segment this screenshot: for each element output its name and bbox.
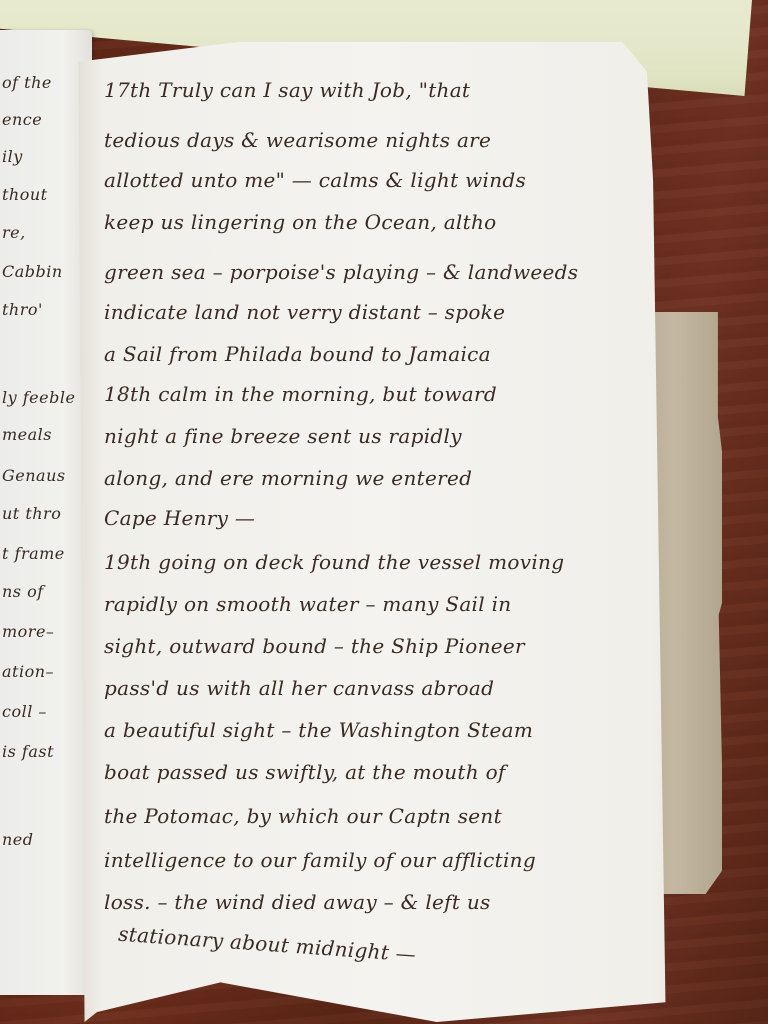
left-fragment: ily	[2, 147, 23, 166]
journal-line: 17th Truly can I say with Job, "that	[104, 78, 470, 102]
journal-line: 19th going on deck found the vessel movi…	[104, 550, 564, 574]
journal-line: night a fine breeze sent us rapidly	[104, 424, 462, 448]
journal-line: along, and ere morning we entered	[104, 466, 472, 490]
left-fragment: meals	[2, 425, 52, 444]
journal-line: pass'd us with all her canvass abroad	[104, 676, 494, 700]
journal-line: 18th calm in the morning, but toward	[104, 382, 497, 406]
left-fragment: of the	[2, 73, 52, 92]
left-fragment: is fast	[2, 742, 54, 761]
left-journal-page: of the ence ily thout re, Cabbin thro' l…	[0, 30, 92, 995]
journal-line: the Potomac, by which our Captn sent	[104, 804, 502, 828]
left-fragment: Cabbin	[2, 262, 63, 281]
journal-line: rapidly on smooth water – many Sail in	[104, 592, 511, 616]
left-fragment: thout	[2, 185, 48, 204]
left-fragment: ation–	[2, 662, 54, 681]
journal-line: loss. – the wind died away – & left us	[104, 890, 491, 914]
left-fragment: ns of	[2, 582, 44, 601]
journal-line: keep us lingering on the Ocean, altho	[104, 210, 497, 234]
journal-line: intelligence to our family of our afflic…	[104, 848, 536, 872]
journal-line: a beautiful sight – the Washington Steam	[104, 718, 533, 742]
journal-line: allotted unto me" — calms & light winds	[104, 168, 526, 192]
left-fragment: re,	[2, 223, 26, 242]
journal-line: Cape Henry —	[104, 506, 255, 530]
left-fragment: t frame	[2, 544, 65, 563]
journal-line: sight, outward bound – the Ship Pioneer	[104, 634, 525, 658]
left-fragment: ned	[2, 830, 34, 849]
journal-line: indicate land not verry distant – spoke	[104, 300, 505, 324]
left-fragment: thro'	[2, 300, 43, 319]
journal-line: tedious days & wearisome nights are	[104, 128, 491, 152]
journal-line: boat passed us swiftly, at the mouth of	[104, 760, 506, 784]
journal-line: green sea – porpoise's playing – & landw…	[104, 260, 578, 284]
left-fragment: more–	[2, 622, 54, 641]
left-fragment: Genaus	[2, 466, 66, 485]
left-fragment: ly feeble	[2, 388, 75, 407]
left-fragment: ence	[2, 110, 42, 129]
left-fragment: ut thro	[2, 504, 61, 523]
left-fragment: coll –	[2, 702, 47, 721]
journal-line: a Sail from Philada bound to Jamaica	[104, 342, 491, 366]
